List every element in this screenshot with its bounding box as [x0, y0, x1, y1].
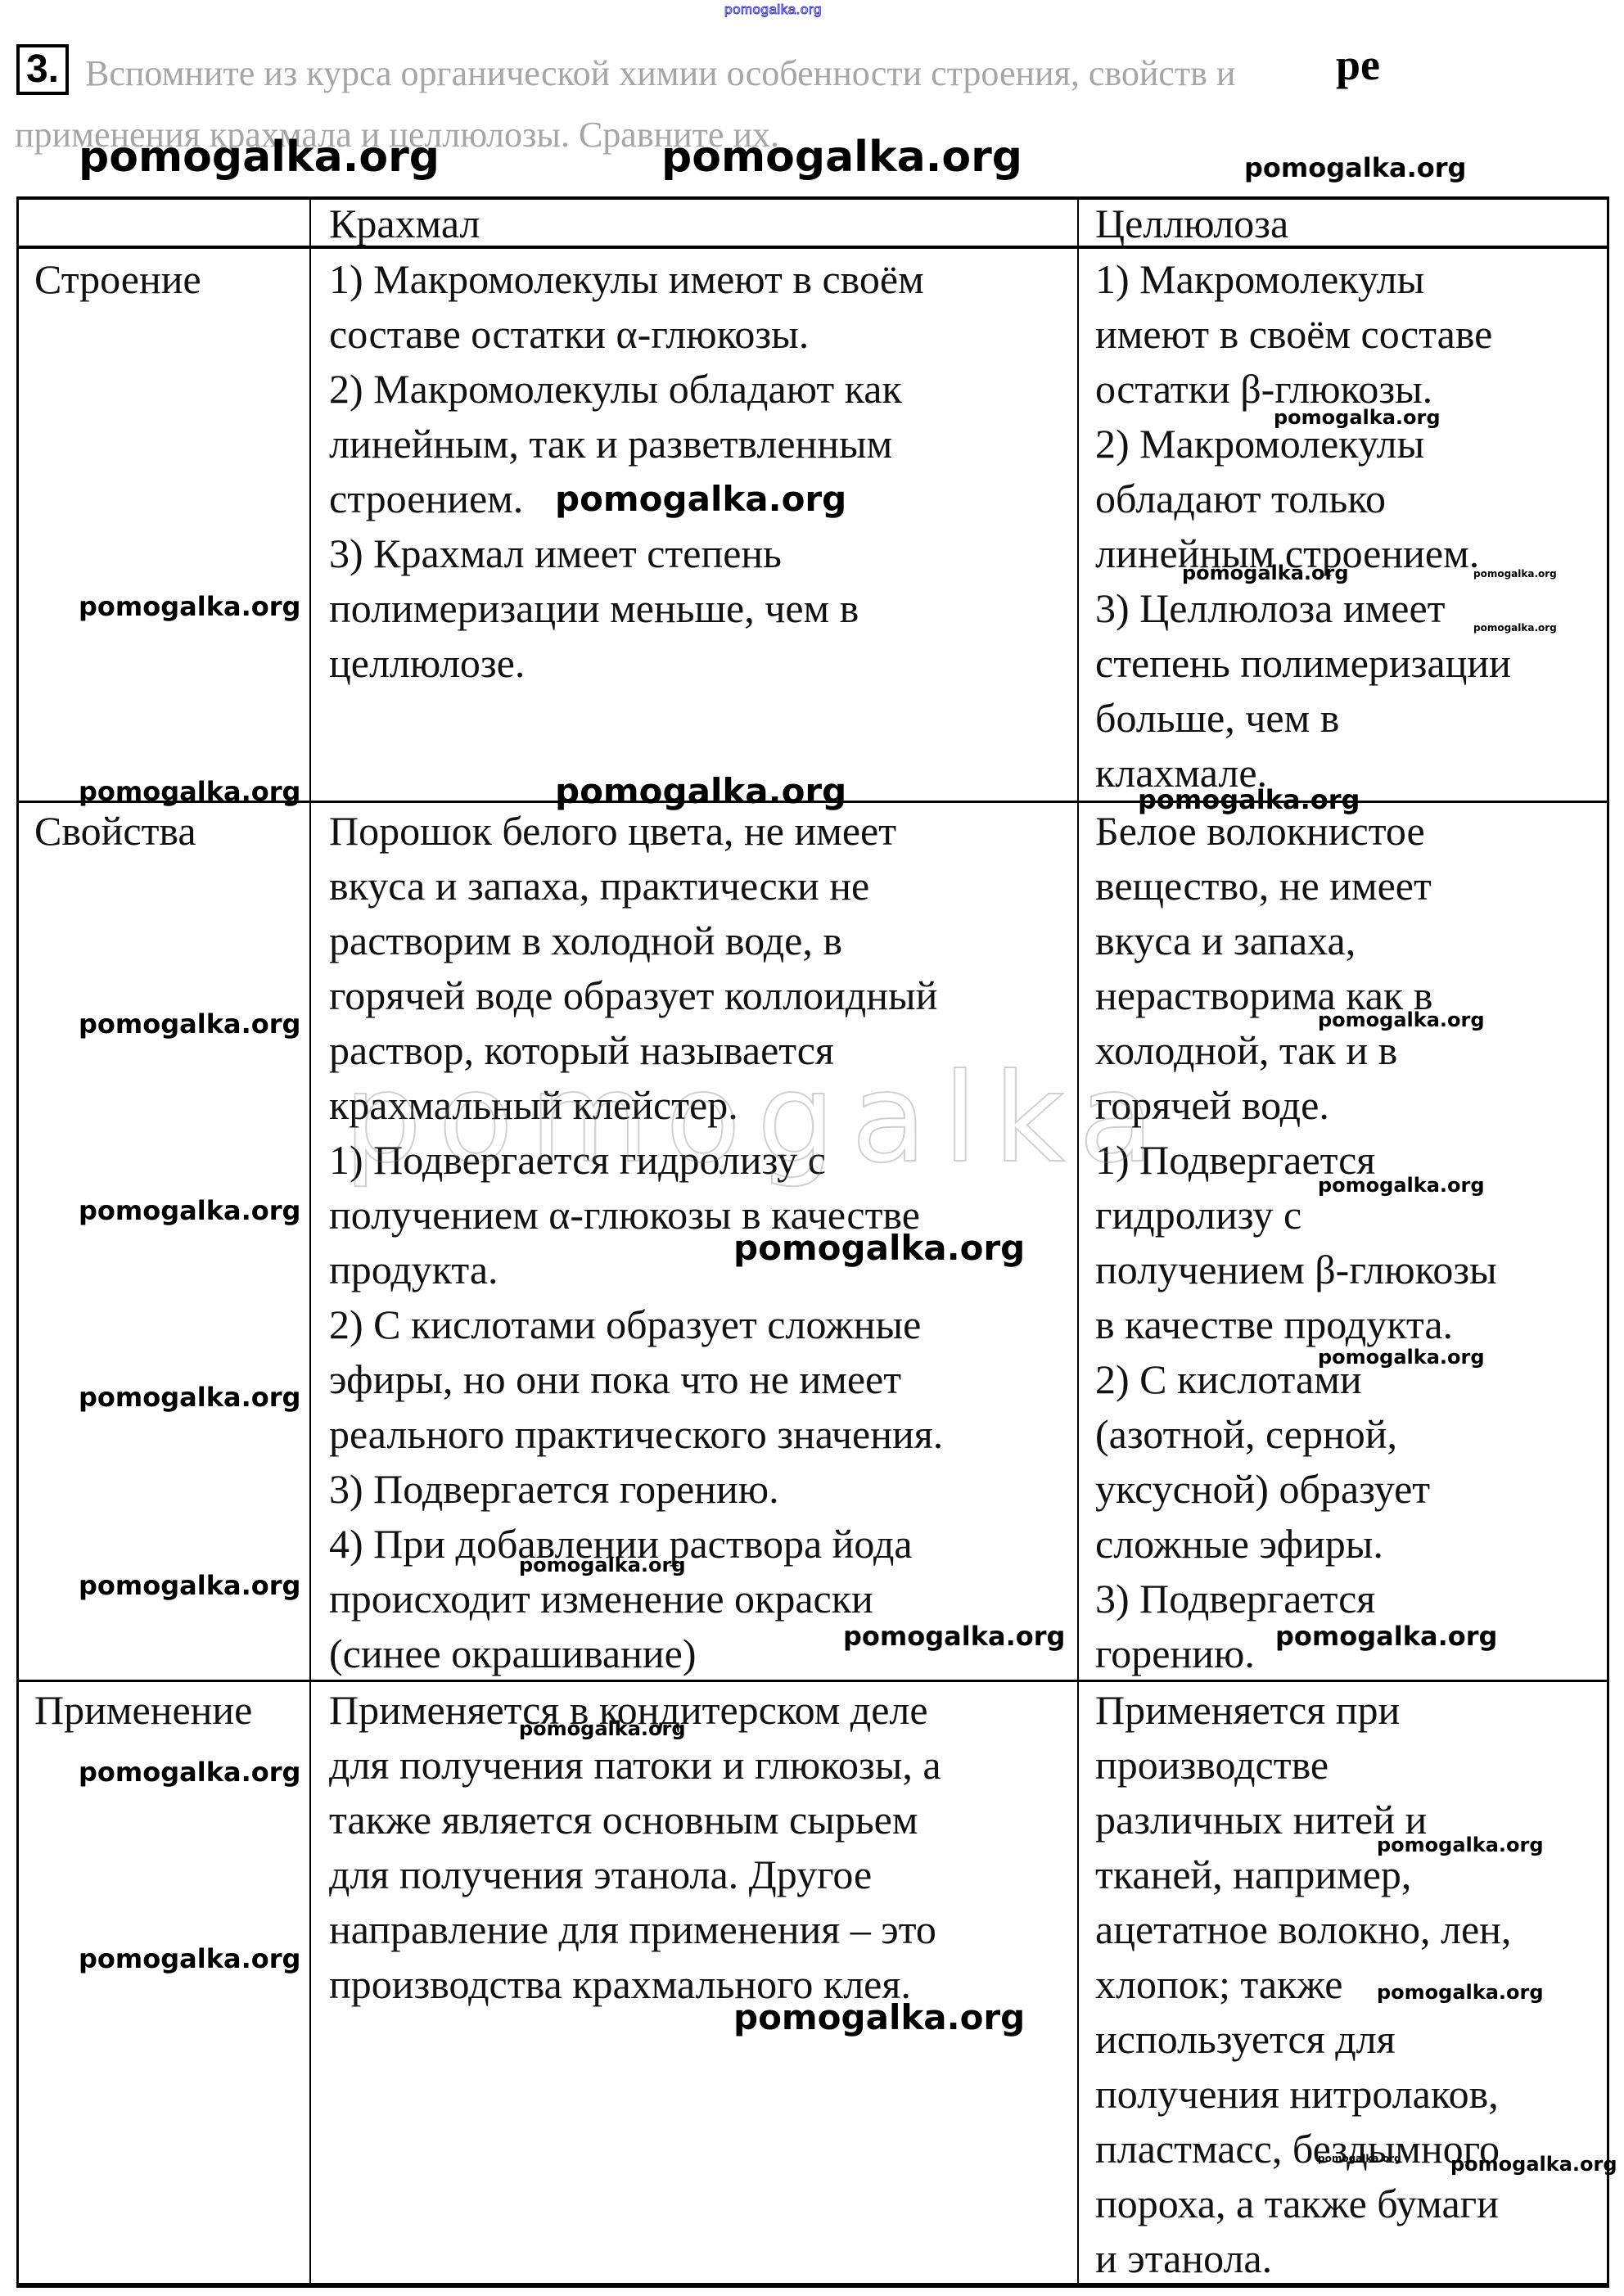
cell-line: целлюлозе. — [329, 636, 924, 691]
watermark: pomogalka.org — [79, 1195, 300, 1226]
cell-line: используется для — [1095, 2012, 1511, 2067]
cell-line: 2) С кислотами образует сложные — [329, 1297, 943, 1352]
overlay-fragment: ре — [1336, 39, 1380, 90]
watermark: pomogalka.org — [79, 1943, 300, 1974]
watermark: pomogalka.org — [79, 1382, 300, 1413]
watermark: pomogalka.org — [1318, 1346, 1485, 1369]
watermark: pomogalka.org — [1450, 2153, 1617, 2176]
watermark: pomogalka.org — [1318, 1008, 1485, 1031]
watermark: pomogalka.org — [1138, 784, 1360, 815]
column-divider — [1077, 196, 1079, 2288]
cell-line: Порошок белого цвета, не имеет — [329, 804, 943, 859]
column-divider — [309, 196, 311, 2288]
task-text-line-1: Вспомните из курса органической химии ос… — [85, 43, 1428, 104]
cell-line: (азотной, серной, — [1095, 1407, 1497, 1462]
cell-line: составе остатки α-глюкозы. — [329, 307, 924, 362]
ghost-watermark: pomogalka — [344, 1048, 1171, 1190]
watermark: pomogalka.org — [1377, 1834, 1544, 1856]
watermark: pomogalka.org — [1244, 152, 1466, 183]
watermark: pomogalka.org — [843, 1621, 1065, 1652]
cell-line: в качестве продукта. — [1095, 1297, 1497, 1352]
cell-line: реального практического значения. — [329, 1407, 943, 1462]
column-header-starch: Крахмал — [329, 196, 480, 251]
cell-line: уксусной) образует — [1095, 1462, 1497, 1517]
cell-line: степень полимеризации — [1095, 636, 1511, 691]
cell-line: вкуса и запаха, — [1095, 913, 1497, 968]
watermark: pomogalka.org — [1275, 1621, 1497, 1652]
watermark: pomogalka.org — [79, 591, 300, 622]
table-border-left — [16, 196, 19, 2288]
cell-line: эфиры, но они пока что не имеет — [329, 1352, 943, 1407]
cell-line: линейным, так и разветвленным — [329, 417, 924, 471]
row-label-structure: Строение — [34, 252, 201, 307]
task-number-badge: 3. — [16, 44, 69, 95]
watermark: pomogalka.org — [733, 1997, 1025, 2037]
watermark: pomogalka.org — [555, 771, 846, 811]
watermark: pomogalka.org — [79, 1570, 300, 1601]
header-divider — [16, 246, 1609, 249]
table-border-top — [16, 196, 1609, 200]
watermark: pomogalka.org — [1318, 2153, 1401, 2164]
cell-line: обладают только — [1095, 471, 1511, 526]
cell-line: сложные эфиры. — [1095, 1517, 1497, 1572]
cell-line: направление для применения – это — [329, 1902, 941, 1957]
cell-line: для получения этанола. Другое — [329, 1847, 941, 1902]
cell-starch-structure: 1) Макромолекулы имеют в своёмсоставе ос… — [329, 252, 924, 691]
cell-line: 2) Макромолекулы обладают как — [329, 362, 924, 417]
watermark: pomogalka.org — [519, 1554, 686, 1577]
cell-line: 3) Крахмал имеет степень — [329, 526, 924, 581]
cell-line: происходит изменение окраски — [329, 1572, 943, 1626]
watermark: pomogalka.org — [733, 1228, 1025, 1268]
cell-line: для получения патоки и глюкозы, а — [329, 1738, 941, 1793]
watermark: pomogalka.org — [1182, 562, 1349, 584]
watermark: pomogalka.org — [79, 1008, 300, 1040]
cell-line: 1) Макромолекулы имеют в своём — [329, 252, 924, 307]
cell-line: 1) Макромолекулы — [1095, 252, 1511, 307]
cell-line: также является основным сырьем — [329, 1793, 941, 1847]
watermark: pomogalka.org — [1473, 568, 1557, 580]
cell-cellulose-properties: Белое волокнистоевещество, не имеетвкуса… — [1095, 804, 1497, 1681]
cell-line: имеют в своём составе — [1095, 307, 1511, 362]
cell-line: производстве — [1095, 1738, 1511, 1793]
cell-line: ацетатное волокно, лен, — [1095, 1902, 1511, 1957]
cell-line: растворим в холодной воде, в — [329, 913, 943, 968]
cell-line: больше, чем в — [1095, 691, 1511, 746]
watermark: pomogalka.org — [1318, 1174, 1485, 1197]
row-label-application: Применение — [34, 1683, 252, 1738]
watermark: pomogalka.org — [1274, 406, 1441, 429]
column-header-cellulose: Целлюлоза — [1095, 196, 1288, 251]
cell-line: вещество, не имеет — [1095, 859, 1497, 913]
top-watermark: pomogalka.org — [724, 2, 822, 18]
cell-line: и этанола. — [1095, 2231, 1511, 2286]
cell-line: Применяется при — [1095, 1683, 1511, 1738]
watermark: pomogalka.org — [661, 133, 1022, 182]
row-label-properties: Свойства — [34, 804, 196, 859]
cell-line: 3) Подвергается — [1095, 1572, 1497, 1626]
watermark: pomogalka.org — [1473, 622, 1557, 634]
watermark: pomogalka.org — [519, 1717, 686, 1740]
cell-line: получением β-глюкозы — [1095, 1243, 1497, 1297]
watermark: pomogalka.org — [79, 1757, 300, 1788]
cell-line: получения нитролаков, — [1095, 2067, 1511, 2122]
watermark: pomogalka.org — [1377, 1981, 1544, 2004]
table-border-right — [1607, 196, 1609, 2288]
cell-line: пластмасс, бездымного — [1095, 2122, 1511, 2176]
cell-line: полимеризации меньше, чем в — [329, 581, 924, 636]
cell-line: 3) Целлюлоза имеет — [1095, 581, 1511, 636]
cell-line: пороха, а также бумаги — [1095, 2176, 1511, 2231]
cell-line: 3) Подвергается горению. — [329, 1462, 943, 1517]
watermark: pomogalka.org — [79, 133, 440, 182]
watermark: pomogalka.org — [555, 479, 846, 519]
cell-line: горячей воде образует коллоидный — [329, 968, 943, 1023]
cell-cellulose-structure: 1) Макромолекулыимеют в своём составеост… — [1095, 252, 1511, 801]
cell-line: вкуса и запаха, практически не — [329, 859, 943, 913]
watermark: pomogalka.org — [79, 776, 300, 807]
